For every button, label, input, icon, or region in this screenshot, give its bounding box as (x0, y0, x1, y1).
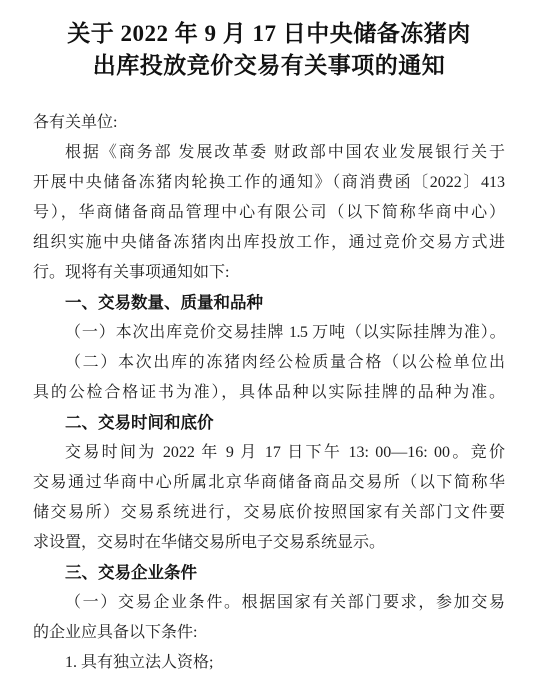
document-title-line-1: 关于 2022 年 9 月 17 日中央储备冻猪肉 (0, 18, 538, 50)
text-line: 1. 具有独立法人资格; (33, 648, 505, 675)
section-heading: 三、交易企业条件 (33, 558, 505, 588)
text-line: （二）本次出库的冻猪肉经公检质量合格（以公检单位出 (33, 348, 505, 378)
text-line: 行。现将有关事项通知如下: (33, 258, 505, 288)
text-line: 开展中央储备冻猪肉轮换工作的通知》（商消费函〔2022〕413 (33, 168, 505, 198)
text-line: （一）交易企业条件。根据国家有关部门要求，参加交易 (33, 588, 505, 618)
text-line: 的企业应具备以下条件: (33, 618, 505, 648)
text-line: 求设置，交易时在华储交易所电子交易系统显示。 (33, 528, 505, 558)
document-title-line-2: 出库投放竞价交易有关事项的通知 (0, 50, 538, 82)
text-line: 各有关单位: (33, 108, 505, 138)
document-title: 关于 2022 年 9 月 17 日中央储备冻猪肉 出库投放竞价交易有关事项的通… (0, 0, 538, 82)
document-lines: 各有关单位:根据《商务部 发展改革委 财政部中国农业发展银行关于开展中央储备冻猪… (33, 108, 505, 675)
text-line: 储交易所）交易系统进行，交易底价按照国家有关部门文件要 (33, 498, 505, 528)
text-line: 交易通过华商中心所属北京华商储备商品交易所（以下简称华 (33, 468, 505, 498)
text-line: 组织实施中央储备冻猪肉出库投放工作，通过竞价交易方式进 (33, 228, 505, 258)
section-heading: 二、交易时间和底价 (33, 408, 505, 438)
text-line: 交易时间为 2022 年 9 月 17 日下午 13: 00—16: 00。竞价 (33, 438, 505, 468)
document-page: 关于 2022 年 9 月 17 日中央储备冻猪肉 出库投放竞价交易有关事项的通… (0, 0, 538, 675)
document-body: 各有关单位:根据《商务部 发展改革委 财政部中国农业发展银行关于开展中央储备冻猪… (0, 108, 538, 675)
text-line: （一）本次出库竞价交易挂牌 1.5 万吨（以实际挂牌为准）。 (33, 318, 505, 348)
section-heading: 一、交易数量、质量和品种 (33, 288, 505, 318)
text-line: 号），华商储备商品管理中心有限公司（以下简称华商中心） (33, 198, 505, 228)
text-line: 根据《商务部 发展改革委 财政部中国农业发展银行关于 (33, 138, 505, 168)
text-line: 具的公检合格证书为准），具体品种以实际挂牌的品种为准。 (33, 378, 505, 408)
